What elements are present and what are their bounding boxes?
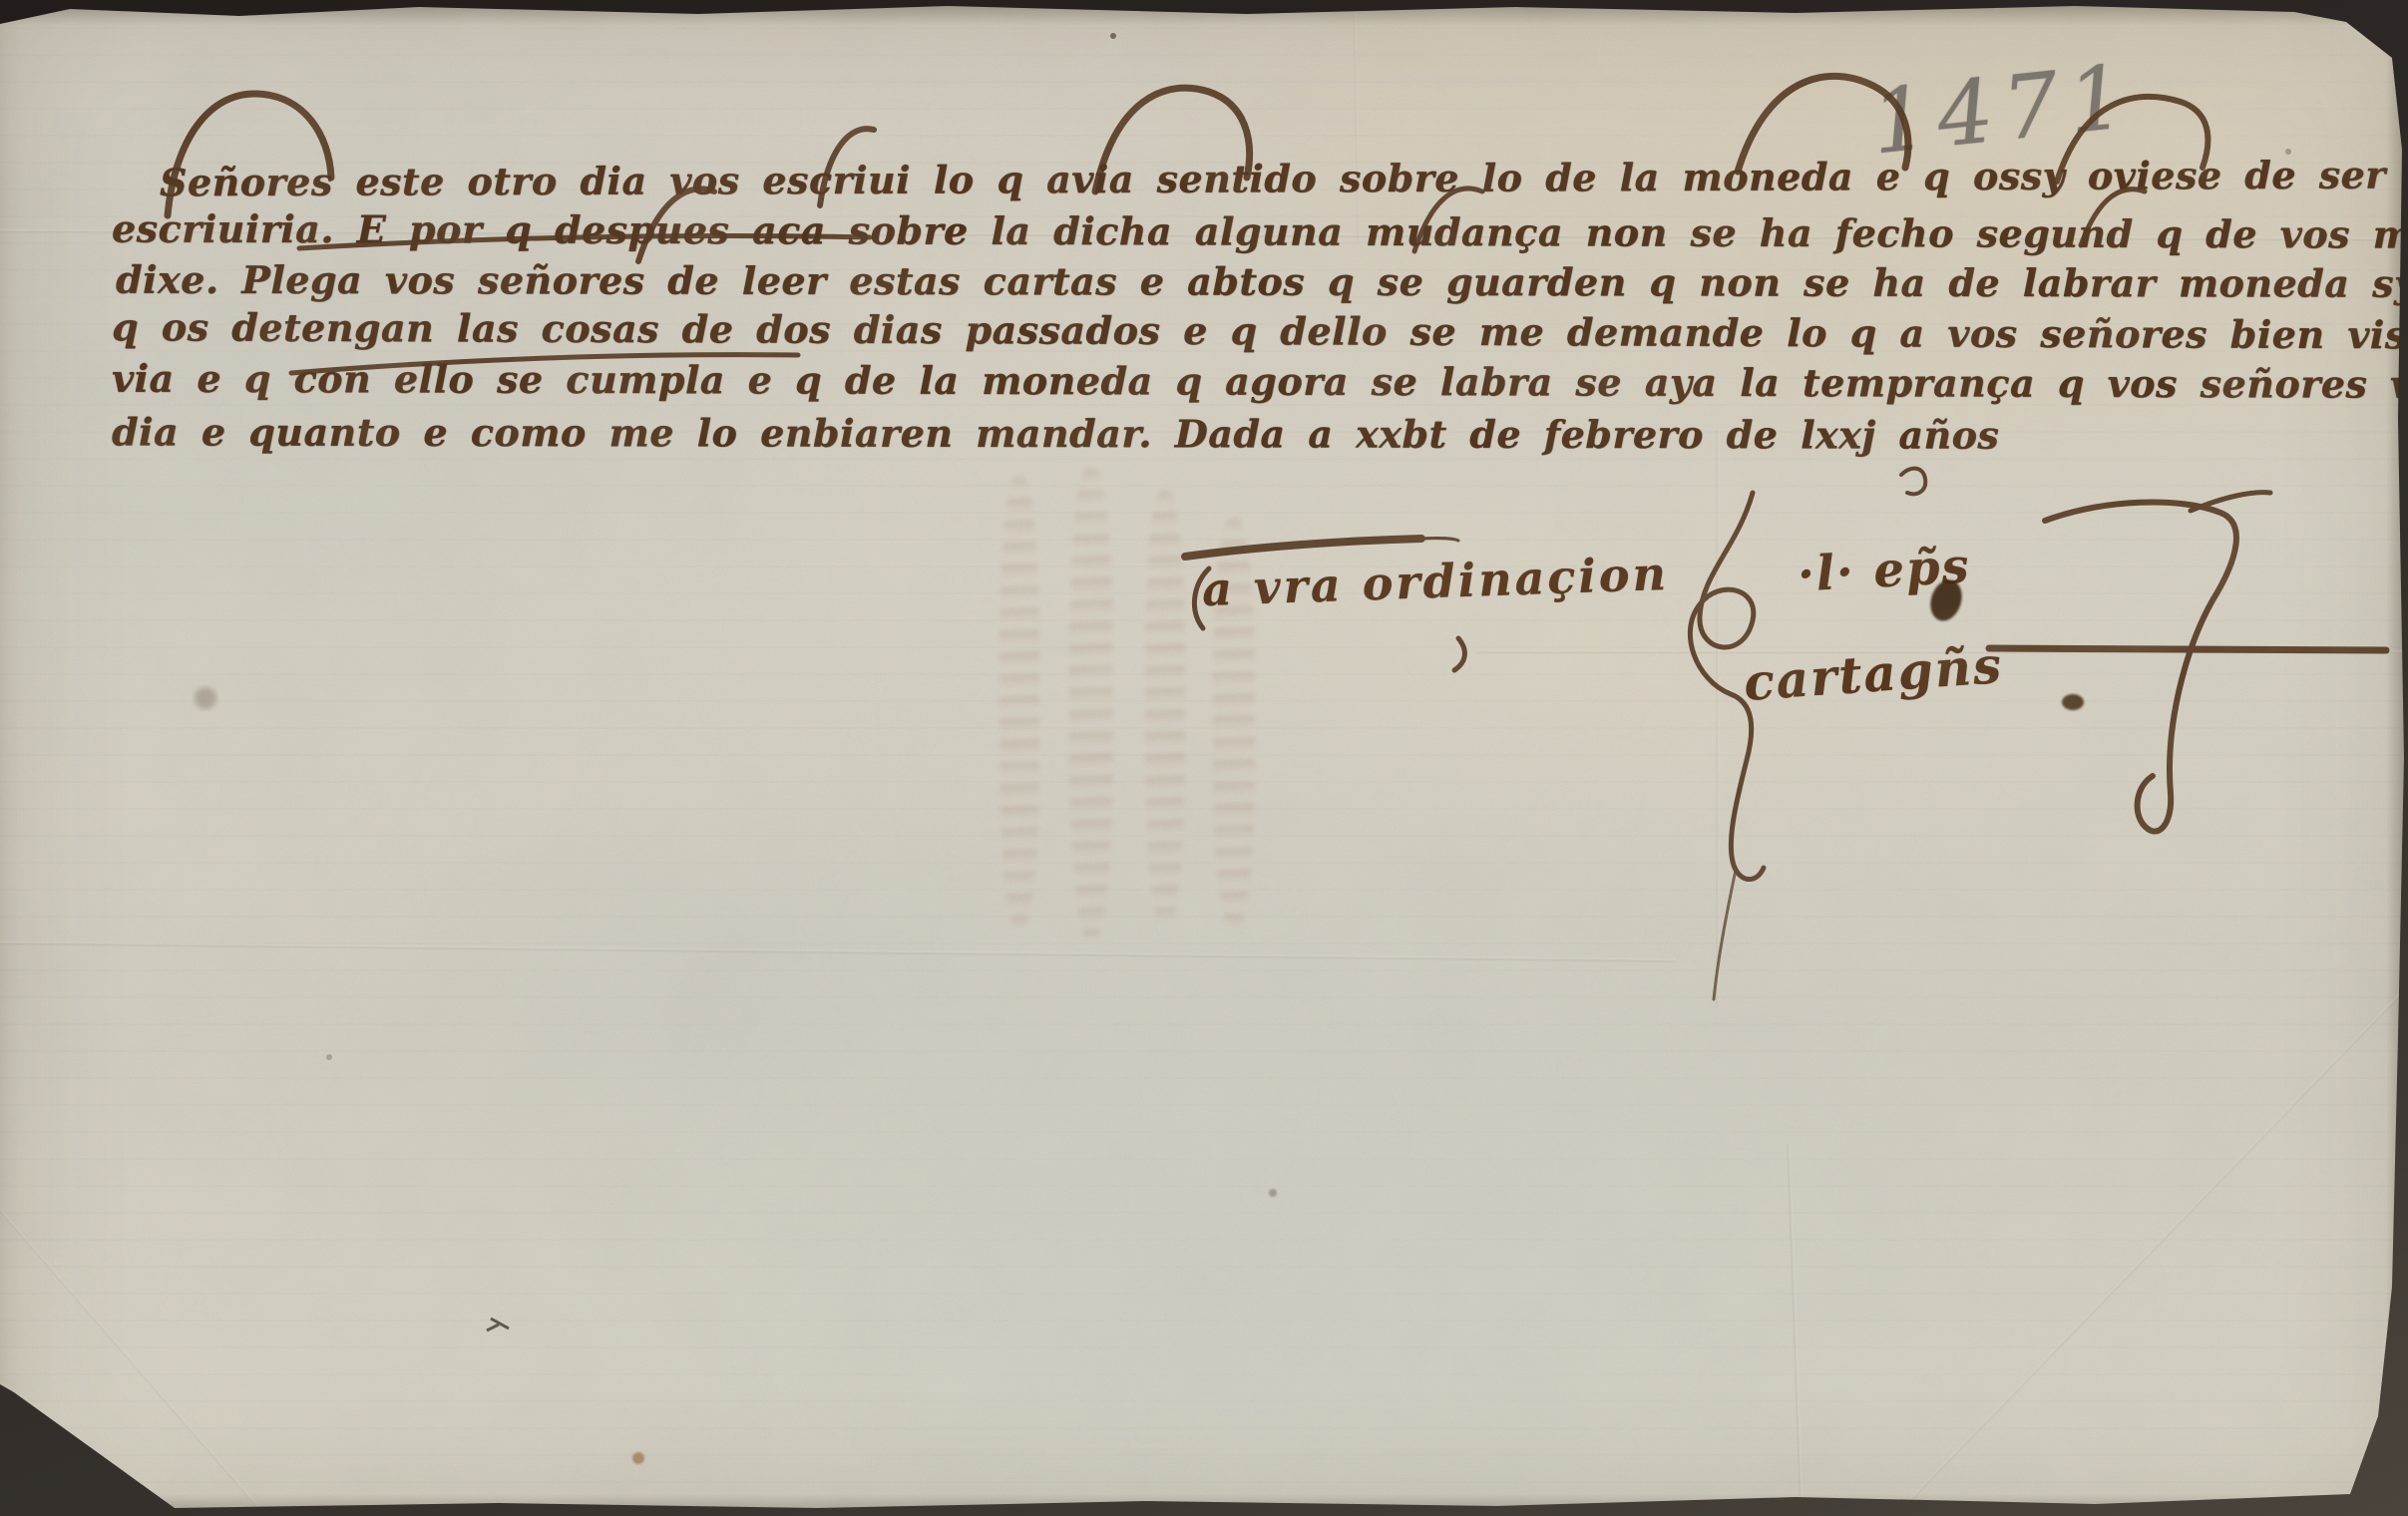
signature-see-name: cartagñs <box>1742 635 2005 712</box>
paper-fiber-mark <box>487 1319 509 1330</box>
manuscript-line: dia e quanto e como me lo enbiaren manda… <box>112 409 1999 457</box>
fold-crease-vertical-top <box>1354 7 1361 241</box>
signature-j-flourish <box>2045 503 2236 832</box>
paper-smudge <box>195 687 216 709</box>
paper-speck <box>1110 33 1116 39</box>
closing-macron-stroke <box>1185 539 1421 557</box>
closing-comma-flourish <box>1454 638 1464 670</box>
closing-phrase: a vra ordinaçion <box>1201 547 1670 616</box>
paper-sheet: Señores este otro dia vos escriui lo q a… <box>0 0 2408 1516</box>
manuscript-line: escriuiria. E por q despues aca sobre la… <box>112 206 2408 258</box>
ink-blot-small <box>2062 694 2084 710</box>
manuscript-photograph: { "photo": { "description_label": "handw… <box>0 0 2408 1516</box>
fold-crease-vertical-signature <box>1717 431 1720 1009</box>
verso-show-through-column <box>1069 469 1113 938</box>
rust-stain-dot <box>632 1452 644 1464</box>
signature-rule-stroke <box>1989 648 2386 650</box>
abbreviation-mark <box>1901 469 1925 495</box>
signature-bishop-initial: ·l· ep̃s <box>1797 538 1972 602</box>
verso-show-through-column <box>1145 491 1185 926</box>
signature-rubric-tail <box>1714 870 1736 999</box>
manuscript-line: dixe. Plega vos señores de leer estas ca… <box>116 257 2408 307</box>
fold-crease-vertical-bottom <box>1788 1143 1804 1516</box>
manuscript-line: Señores este otro dia vos escriui lo q a… <box>160 152 2408 205</box>
fold-crease-horizontal-lower-left <box>0 942 1676 962</box>
fold-crease-diagonal-bottom-right <box>1894 983 2408 1516</box>
verso-show-through-column <box>1000 477 1039 928</box>
paper-speck <box>1269 1189 1277 1197</box>
closing-macron-tip <box>1421 539 1458 541</box>
manuscript-line: q os detengan las cosas de dos dias pass… <box>112 304 2408 359</box>
signature-j-crossbar <box>2191 493 2270 511</box>
paper-speck <box>326 1054 332 1060</box>
manuscript-line: via e q con ello se cumpla e q de la mon… <box>112 356 2408 408</box>
